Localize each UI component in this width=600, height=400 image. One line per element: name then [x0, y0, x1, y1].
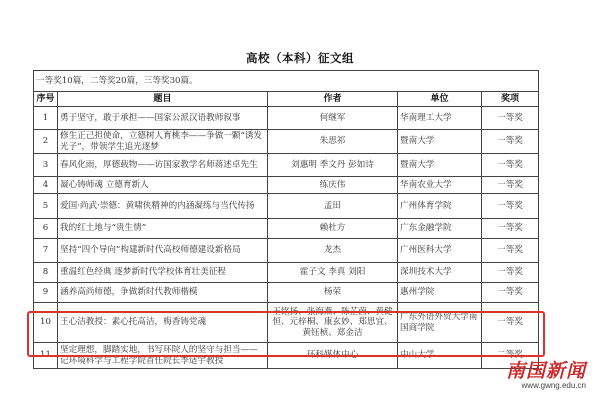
row-unit: 惠州学院: [398, 283, 482, 303]
row-num: 3: [34, 154, 58, 177]
table-row: 7 坚持“四个导向”构建新时代高校师德建设新格局 龙杰 广州医科大学 一等奖: [34, 239, 539, 263]
row-title: 勇于坚守，敢于承担——国家公派汉语教师叙事: [58, 107, 268, 130]
row-author: 赖杜方: [268, 219, 398, 239]
row-award: 一等奖: [482, 154, 539, 177]
award-summary: 一等奖10篇，二等奖20篇，三等奖30篇。: [34, 71, 539, 92]
row-author: 何继军: [268, 107, 398, 130]
row-num: 1: [34, 107, 58, 130]
row-num: 5: [34, 194, 58, 219]
row-unit: 深圳技术大学: [398, 263, 482, 283]
table-row: 6 我的红土地与“贵生情” 赖杜方 广东金融学院 一等奖: [34, 219, 539, 239]
row-unit: 广东外语外贸大学南国商学院: [398, 303, 482, 343]
row-title: 凝心铸师魂 立德育新人: [58, 177, 268, 194]
header-row: 序号 题目 作者 单位 奖项: [34, 92, 539, 107]
row-award: 一等奖: [482, 130, 539, 154]
watermark-url: www.gwng.edu.cn: [506, 381, 586, 390]
row-unit: 广州医科大学: [398, 239, 482, 263]
row-author: 龙杰: [268, 239, 398, 263]
header-author: 作者: [268, 92, 398, 107]
row-author: 环科媒体中心: [268, 343, 398, 369]
row-author: 刘惠明 季文丹 彭如诗: [268, 154, 398, 177]
row-award: 一等奖: [482, 303, 539, 343]
row-award: 一等奖: [482, 194, 539, 219]
row-award: 一等奖: [482, 219, 539, 239]
row-title: 我的红土地与“贵生情”: [58, 219, 268, 239]
row-unit: 暨南大学: [398, 154, 482, 177]
row-title: 修生正己担使命，立德树人育桃李——争做一颗“诱发光子”，带领学生追光逐梦: [58, 130, 268, 154]
row-title: 爱国·尚武·崇德：黄啸侠精神的内涵凝练与当代传扬: [58, 194, 268, 219]
header-unit: 单位: [398, 92, 482, 107]
row-num: 7: [34, 239, 58, 263]
row-unit: 广州体育学院: [398, 194, 482, 219]
watermark-logo: 南国新闻: [506, 361, 586, 381]
table-row: 9 涵养高尚师德，争做新时代教师楷模 杨荣 惠州学院 一等奖: [34, 283, 539, 303]
header-num: 序号: [34, 92, 58, 107]
page-title: 高校（本科）征文组: [0, 50, 600, 66]
row-author: 朱思祁: [268, 130, 398, 154]
row-num: 6: [34, 219, 58, 239]
row-num: 9: [34, 283, 58, 303]
row-unit: 中山大学: [398, 343, 482, 369]
header-title: 题目: [58, 92, 268, 107]
header-award: 奖项: [482, 92, 539, 107]
row-award: 一等奖: [482, 107, 539, 130]
row-title: 坚定理想，脚踏实地，书写环院人的坚守与担当——记环境科学与工程学院首任院长李适宇…: [58, 343, 268, 369]
table-row: 5 爱国·尚武·崇德：黄啸侠精神的内涵凝练与当代传扬 孟田 广州体育学院 一等奖: [34, 194, 539, 219]
row-author: 王铭扬、张海燕、陈芷茵、黄健恒、元梓桐、康玄妙、郑思宜、黄钰桢、郑金洁: [268, 303, 398, 343]
row-num: 8: [34, 263, 58, 283]
row-unit: 华南农业大学: [398, 177, 482, 194]
row-title: 坚持“四个导向”构建新时代高校师德建设新格局: [58, 239, 268, 263]
row-title: 春风化雨，厚德载物——访国家教学名师蒋述卓先生: [58, 154, 268, 177]
row-author: 练庆伟: [268, 177, 398, 194]
row-author: 孟田: [268, 194, 398, 219]
table-row: 1 勇于坚守，敢于承担——国家公派汉语教师叙事 何继军 华南理工大学 一等奖: [34, 107, 539, 130]
row-unit: 华南理工大学: [398, 107, 482, 130]
row-num: 2: [34, 130, 58, 154]
row-award: 一等奖: [482, 283, 539, 303]
row-title: 重温红色经典 逐梦新时代学校体育壮美征程: [58, 263, 268, 283]
awards-table: 一等奖10篇，二等奖20篇，三等奖30篇。 序号 题目 作者 单位 奖项 1 勇…: [33, 70, 539, 369]
row-title: 涵养高尚师德，争做新时代教师楷模: [58, 283, 268, 303]
row-num: 4: [34, 177, 58, 194]
table-row: 4 凝心铸师魂 立德育新人 练庆伟 华南农业大学 一等奖: [34, 177, 539, 194]
row-award: 一等奖: [482, 239, 539, 263]
table-row: 8 重温红色经典 逐梦新时代学校体育壮美征程 霍子文 李真 刘阳 深圳技术大学 …: [34, 263, 539, 283]
watermark: 南国新闻 www.gwng.edu.cn: [506, 361, 586, 390]
table-row-highlighted: 10 王心洁教授：素心托高洁，梅香铸党魂 王铭扬、张海燕、陈芷茵、黄健恒、元梓桐…: [34, 303, 539, 343]
table-row: 2 修生正己担使命，立德树人育桃李——争做一颗“诱发光子”，带领学生追光逐梦 朱…: [34, 130, 539, 154]
row-award: 一等奖: [482, 263, 539, 283]
table-row: 3 春风化雨，厚德载物——访国家教学名师蒋述卓先生 刘惠明 季文丹 彭如诗 暨南…: [34, 154, 539, 177]
row-num: 11: [34, 343, 58, 369]
row-author: 杨荣: [268, 283, 398, 303]
table-row: 11 坚定理想，脚踏实地，书写环院人的坚守与担当——记环境科学与工程学院首任院长…: [34, 343, 539, 369]
row-title: 王心洁教授：素心托高洁，梅香铸党魂: [58, 303, 268, 343]
row-num: 10: [34, 303, 58, 343]
row-award: 一等奖: [482, 177, 539, 194]
summary-row: 一等奖10篇，二等奖20篇，三等奖30篇。: [34, 71, 539, 92]
row-unit: 广东金融学院: [398, 219, 482, 239]
row-author: 霍子文 李真 刘阳: [268, 263, 398, 283]
row-unit: 暨南大学: [398, 130, 482, 154]
